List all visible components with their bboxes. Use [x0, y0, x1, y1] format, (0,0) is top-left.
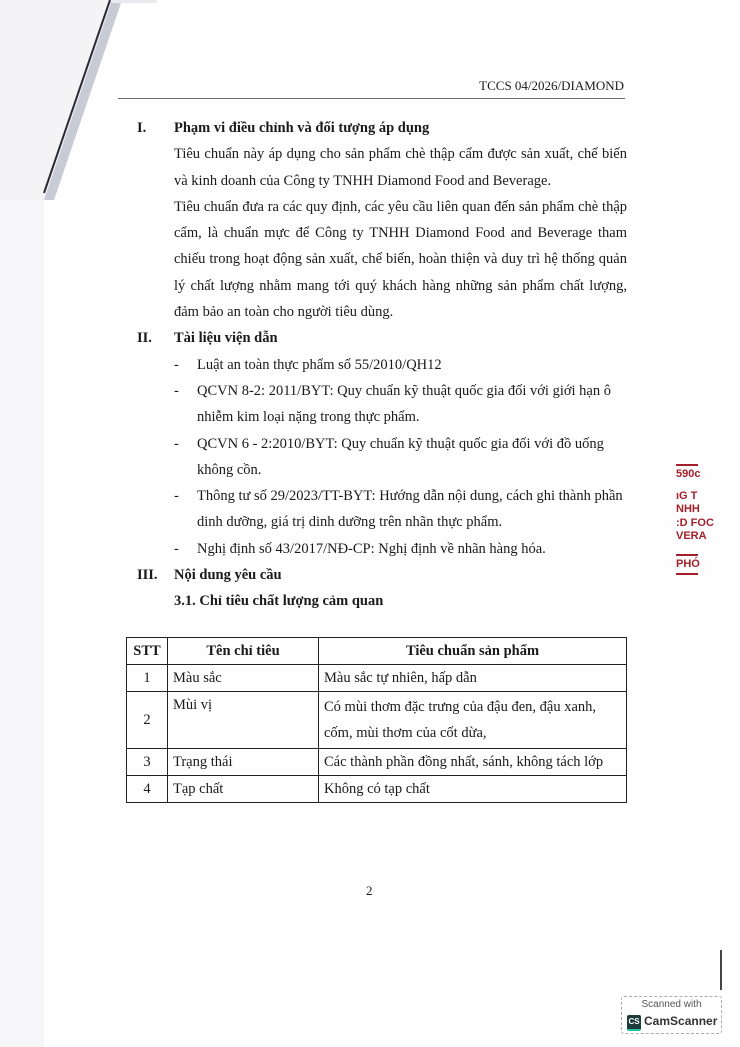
- reference-item: -Nghị định số 43/2017/NĐ-CP: Nghị định v…: [174, 536, 627, 562]
- subsection-3-1-heading: 3.1. Chỉ tiêu chất lượng cảm quan: [174, 588, 627, 614]
- section-title: Phạm vi điều chỉnh và đối tượng áp dụng: [174, 115, 627, 141]
- section-1-paragraph-1: Tiêu chuẩn này áp dụng cho sản phẩm chè …: [174, 141, 627, 194]
- section-2-heading: II. Tài liệu viện dẫn: [137, 325, 627, 351]
- column-header-stt: STT: [127, 638, 168, 665]
- reference-item: -Thông tư số 29/2023/TT-BYT: Hướng dẫn n…: [174, 483, 627, 536]
- reference-item: -Luật an toàn thực phẩm số 55/2010/QH12: [174, 352, 627, 378]
- red-stamp-fragment: 590c ıG T NHH :D FOC VERA PHÓ: [676, 462, 740, 577]
- header-divider: [118, 98, 625, 99]
- sensory-criteria-table: STT Tên chỉ tiêu Tiêu chuẩn sản phẩm 1 M…: [126, 637, 627, 803]
- bullet-dash: -: [174, 483, 179, 509]
- bullet-dash: -: [174, 536, 179, 562]
- reference-item: -QCVN 6 - 2:2010/BYT: Quy chuẩn kỹ thuật…: [174, 431, 627, 484]
- document-code: TCCS 04/2026/DIAMOND: [479, 78, 624, 94]
- camscanner-logo-icon: CS: [627, 1015, 641, 1031]
- reference-item: -QCVN 8-2: 2011/BYT: Quy chuẩn kỹ thuật …: [174, 378, 627, 431]
- section-1-heading: I. Phạm vi điều chỉnh và đối tượng áp dụ…: [137, 115, 627, 141]
- watermark-brand: CamScanner: [644, 1014, 717, 1028]
- column-header-standard: Tiêu chuẩn sản phẩm: [319, 638, 627, 665]
- section-1-paragraph-2: Tiêu chuẩn đưa ra các quy định, các yêu …: [174, 194, 627, 325]
- section-3-heading: III. Nội dung yêu cầu: [137, 562, 627, 588]
- section-title: Nội dung yêu cầu: [174, 562, 627, 588]
- watermark-caption: Scanned with: [622, 999, 721, 1010]
- table-row: 3 Trạng thái Các thành phần đồng nhất, s…: [127, 749, 627, 776]
- bullet-dash: -: [174, 431, 179, 457]
- table-row: 2 Mùi vị Có mùi thơm đặc trưng của đậu đ…: [127, 692, 627, 749]
- column-header-name: Tên chỉ tiêu: [168, 638, 319, 665]
- section-number: III.: [137, 562, 158, 588]
- section-number: II.: [137, 325, 152, 351]
- document-body: I. Phạm vi điều chỉnh và đối tượng áp dụ…: [137, 115, 627, 615]
- table-row: 4 Tạp chất Không có tạp chất: [127, 776, 627, 803]
- camscanner-watermark: Scanned with CS CamScanner: [621, 996, 722, 1034]
- section-title: Tài liệu viện dẫn: [174, 325, 627, 351]
- bullet-dash: -: [174, 352, 179, 378]
- page-number: 2: [366, 883, 373, 899]
- bullet-dash: -: [174, 378, 179, 404]
- section-number: I.: [137, 115, 146, 141]
- scan-artifact-line: [720, 950, 722, 990]
- table-row: 1 Màu sắc Màu sắc tự nhiên, hấp dẫn: [127, 665, 627, 692]
- table-header-row: STT Tên chỉ tiêu Tiêu chuẩn sản phẩm: [127, 638, 627, 665]
